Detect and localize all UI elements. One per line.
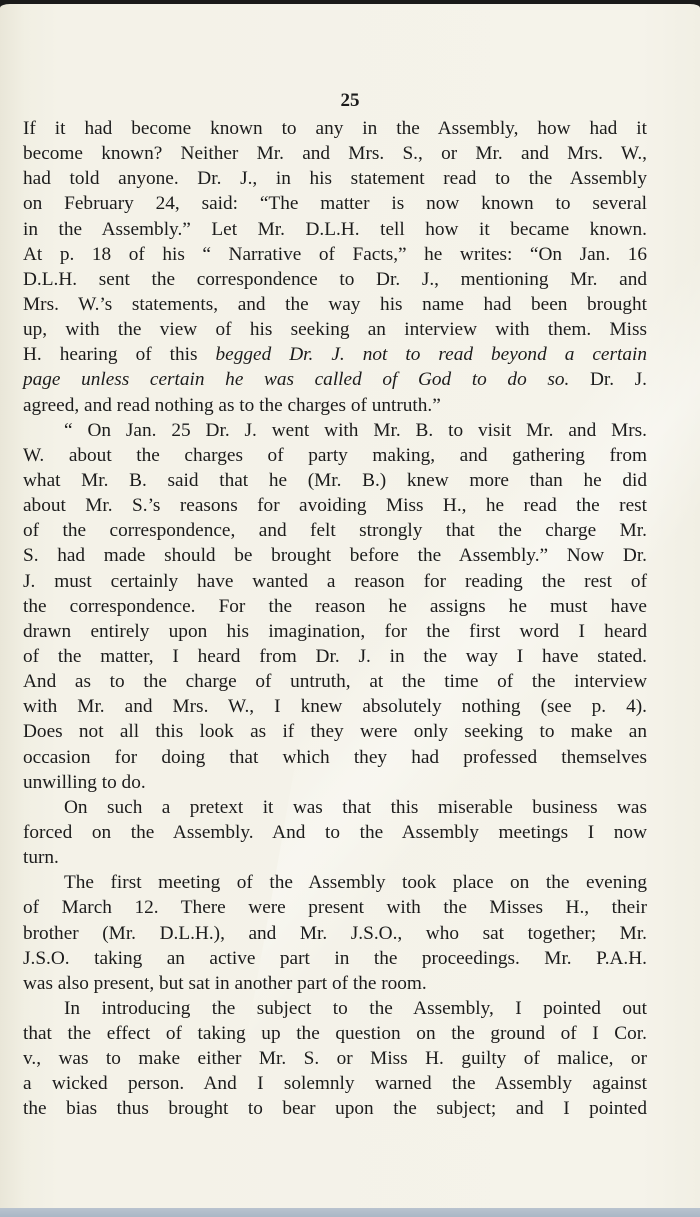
text-line: At p. 18 of his “ Narrative of Facts,” h… [23, 242, 647, 267]
text-line: of the matter, I heard from Dr. J. in th… [23, 644, 647, 669]
italic-quote: begged Dr. J. not to read beyond a certa… [216, 344, 647, 365]
text-line: of the correspondence, and felt strongly… [23, 518, 647, 543]
book-page: 25 If it had become known to any in the … [0, 4, 700, 1210]
text-line: was also present, but sat in another par… [23, 971, 647, 996]
text-line: On such a pretext it was that this miser… [23, 795, 647, 820]
paragraph-4: The first meeting of the Assembly took p… [23, 870, 647, 996]
text-line: In introducing the subject to the Assemb… [23, 996, 647, 1021]
text-line: Mrs. W.’s statements, and the way his na… [23, 292, 647, 317]
text-line: in the Assembly.” Let Mr. D.L.H. tell ho… [23, 217, 647, 242]
text-line: forced on the Assembly. And to the Assem… [23, 820, 647, 845]
text-line: that the effect of taking up the questio… [23, 1021, 647, 1046]
text-run: Dr. J. [569, 369, 647, 390]
page-number: 25 [0, 90, 700, 112]
text-line: drawn entirely upon his imagination, for… [23, 619, 647, 644]
text-line: the bias thus brought to bear upon the s… [23, 1096, 647, 1121]
text-line: occasion for doing that which they had p… [23, 745, 647, 770]
text-line: H. hearing of this begged Dr. J. not to … [23, 342, 647, 367]
paragraph-1: If it had become known to any in the Ass… [23, 116, 647, 418]
text-line: become known? Neither Mr. and Mrs. S., o… [23, 141, 647, 166]
paragraph-2: “ On Jan. 25 Dr. J. went with Mr. B. to … [23, 418, 647, 795]
text-run: H. hearing of this [23, 344, 216, 365]
text-line: the correspondence. For the reason he as… [23, 594, 647, 619]
text-line: If it had become known to any in the Ass… [23, 116, 647, 141]
text-line: S. had made should be brought before the… [23, 543, 647, 568]
text-line: on February 24, said: “The matter is now… [23, 191, 647, 216]
text-line: v., was to make either Mr. S. or Miss H.… [23, 1046, 647, 1071]
text-line: D.L.H. sent the correspondence to Dr. J.… [23, 267, 647, 292]
text-line: W. about the charges of party making, an… [23, 443, 647, 468]
text-line: turn. [23, 845, 647, 870]
text-line: The first meeting of the Assembly took p… [23, 870, 647, 895]
text-line: a wicked person. And I solemnly warned t… [23, 1071, 647, 1096]
text-line: about Mr. S.’s reasons for avoiding Miss… [23, 493, 647, 518]
paragraph-5: In introducing the subject to the Assemb… [23, 996, 647, 1122]
text-line: “ On Jan. 25 Dr. J. went with Mr. B. to … [23, 418, 647, 443]
text-line: agreed, and read nothing as to the charg… [23, 393, 647, 418]
scan-edge-strip [0, 1208, 700, 1217]
text-line: with Mr. and Mrs. W., I knew absolutely … [23, 694, 647, 719]
text-line: page unless certain he was called of God… [23, 367, 647, 392]
text-line: of March 12. There were present with the… [23, 895, 647, 920]
body-text: If it had become known to any in the Ass… [23, 116, 647, 1122]
italic-quote: page unless certain he was called of God… [23, 369, 569, 390]
text-line: what Mr. B. said that he (Mr. B.) knew m… [23, 468, 647, 493]
text-line: Does not all this look as if they were o… [23, 719, 647, 744]
text-line: And as to the charge of untruth, at the … [23, 669, 647, 694]
paragraph-3: On such a pretext it was that this miser… [23, 795, 647, 870]
text-line: J. must certainly have wanted a reason f… [23, 569, 647, 594]
text-line: J.S.O. taking an active part in the proc… [23, 946, 647, 971]
text-line: unwilling to do. [23, 770, 647, 795]
text-line: up, with the view of his seeking an inte… [23, 317, 647, 342]
text-line: had told anyone. Dr. J., in his statemen… [23, 166, 647, 191]
text-line: brother (Mr. D.L.H.), and Mr. J.S.O., wh… [23, 921, 647, 946]
